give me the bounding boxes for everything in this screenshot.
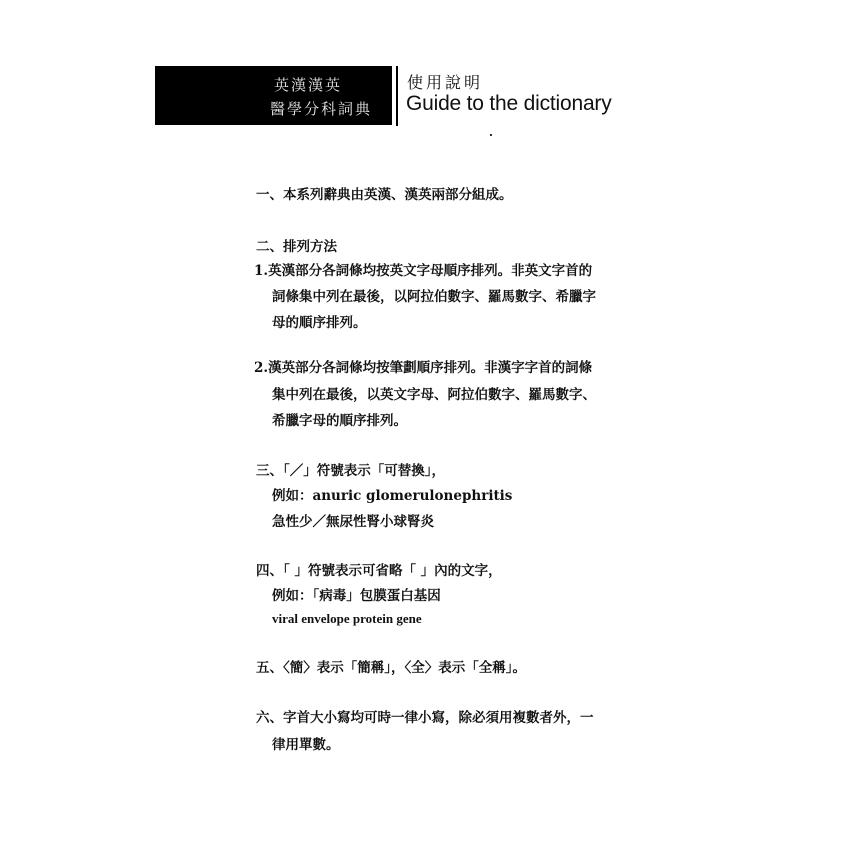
section-4-example-cn: 例如：「病毒」包膜蛋白基因	[272, 584, 441, 604]
section-3-heading: 三、「／」符號表示「可替換」，	[256, 459, 445, 479]
section-6-line-1: 六、字首大小寫均可時一律小寫，除必須用複數者外，一	[256, 706, 594, 726]
section-3-example-cn: 急性少／無尿性腎小球腎炎	[272, 510, 434, 530]
section-3-example-en: 例如：anuric glomerulonephritis	[272, 484, 512, 504]
scan-speck	[490, 134, 492, 136]
dictionary-title-box: 英漢漢英 醫學分科詞典	[155, 66, 392, 125]
section-2-item-2-line-3: 希臘字母的順序排列。	[272, 409, 407, 429]
section-2-item-1-line-3: 母的順序排列。	[272, 311, 367, 331]
section-2-item-2-line-1: 2.漢英部分各詞條均按筆劃順序排列。非漢字字首的詞條	[254, 356, 592, 376]
section-1: 一、本系列辭典由英漢、漢英兩部分組成。	[256, 183, 513, 203]
section-2-heading: 二、排列方法	[256, 235, 337, 255]
title-divider	[396, 66, 398, 126]
section-4-example-en: viral envelope protein gene	[272, 611, 422, 627]
dictionary-title-line1: 英漢漢英	[274, 74, 342, 95]
section-2-item-1-line-2: 詞條集中列在最後，以阿拉伯數字、羅馬數字、希臘字	[272, 285, 596, 305]
guide-title-english: Guide to the dictionary	[406, 92, 612, 116]
guide-title-chinese: 使用說明	[407, 70, 483, 93]
section-2-item-2-line-2: 集中列在最後，以英文字母、阿拉伯數字、羅馬數字、	[272, 383, 596, 403]
section-5: 五、〈簡〉表示「簡稱」，〈全〉表示「全稱」。	[256, 656, 526, 676]
section-4-heading: 四、「 」符號表示可省略「 」內的文字，	[256, 559, 502, 579]
dictionary-title-line2: 醫學分科詞典	[270, 98, 372, 119]
section-6-line-2: 律用單數。	[272, 733, 340, 753]
section-2-item-1-line-1: 1.英漢部分各詞條均按英文字母順序排列。非英文字首的	[254, 259, 592, 279]
